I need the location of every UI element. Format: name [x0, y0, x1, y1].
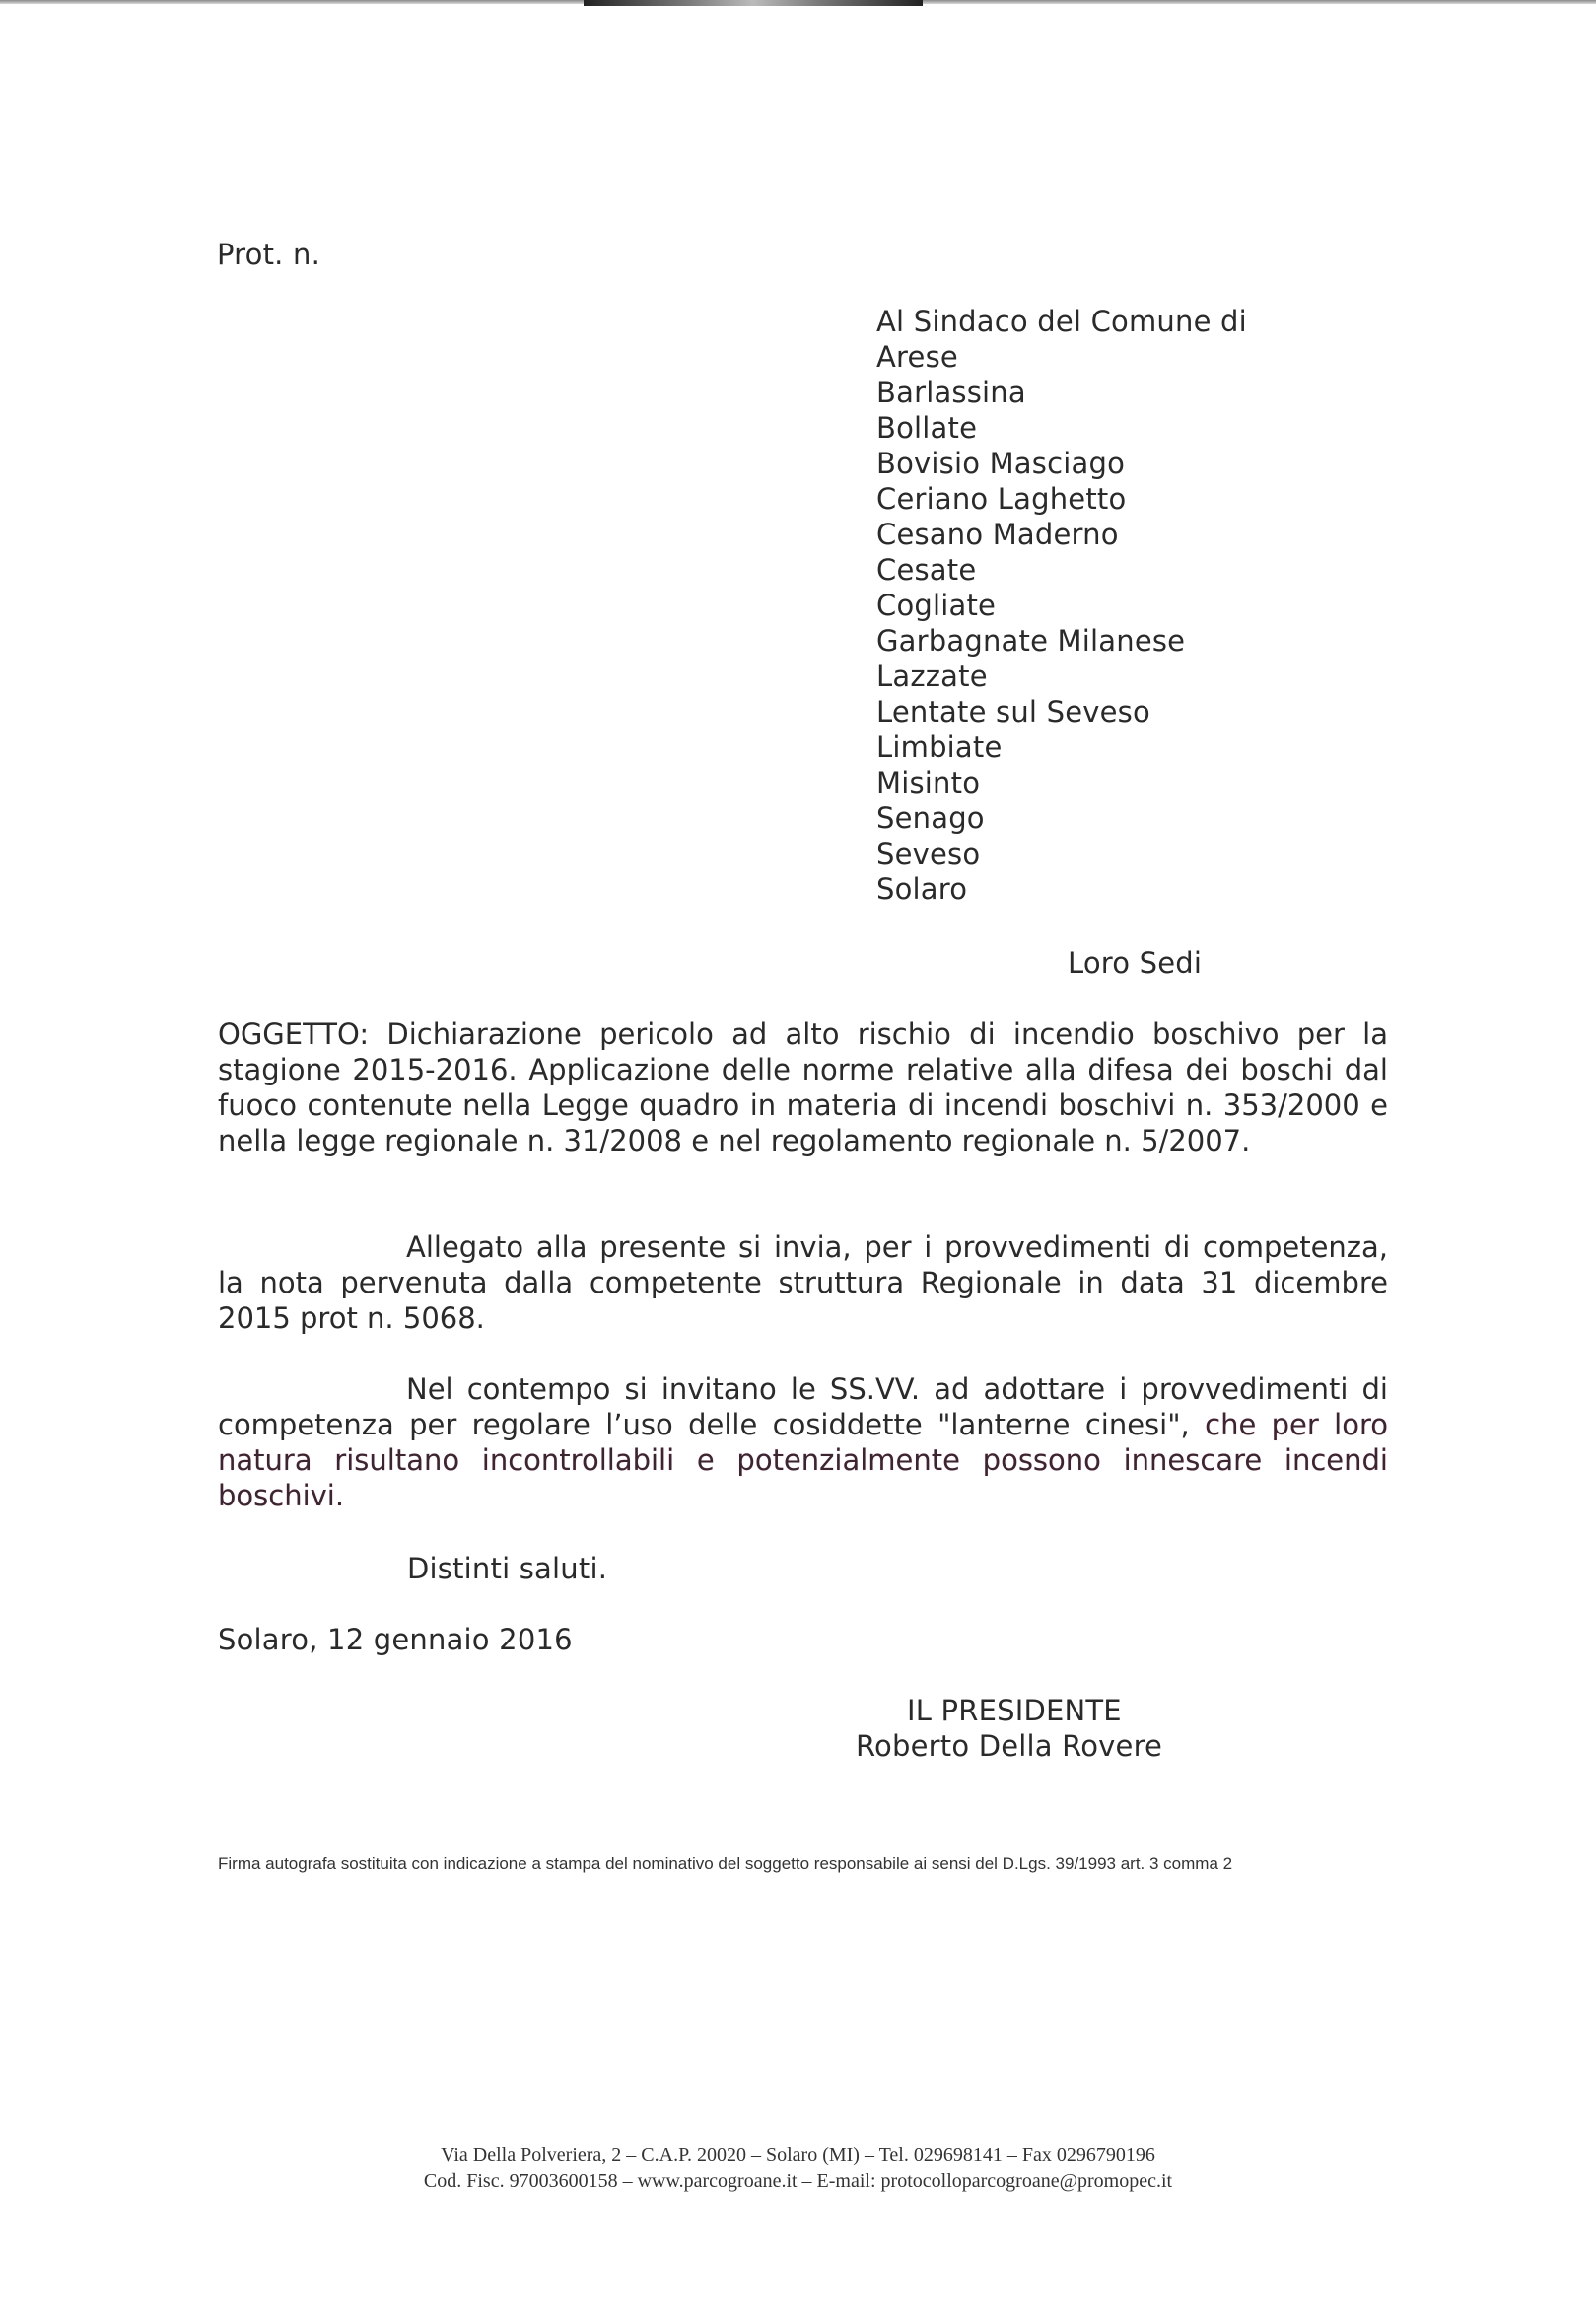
recipient-municipality: Bovisio Masciago: [876, 446, 1247, 481]
recipient-municipality: Bollate: [876, 410, 1247, 446]
recipient-municipality: Barlassina: [876, 375, 1247, 410]
recipient-municipality: Arese: [876, 339, 1247, 375]
subject-label: OGGETTO:: [218, 1017, 369, 1051]
recipient-municipality: Seveso: [876, 836, 1247, 872]
signature-title: IL PRESIDENTE: [907, 1693, 1122, 1728]
recipient-municipality: Senago: [876, 801, 1247, 836]
recipient-municipality: Lazzate: [876, 659, 1247, 694]
recipient-municipality: Solaro: [876, 872, 1247, 907]
recipient-municipality: Cesano Maderno: [876, 517, 1247, 552]
recipient-municipality: Lentate sul Seveso: [876, 694, 1247, 730]
paragraph-text: Allegato alla presente si invia, per i p…: [218, 1230, 1388, 1335]
recipient-municipality: Ceriano Laghetto: [876, 481, 1247, 517]
recipient-municipality: Misinto: [876, 765, 1247, 801]
place-date: Solaro, 12 gennaio 2016: [218, 1622, 573, 1657]
footer-address: Via Della Polveriera, 2 – C.A.P. 20020 –…: [0, 2142, 1596, 2168]
body-paragraph-1: Allegato alla presente si invia, per i p…: [218, 1229, 1388, 1336]
recipient-municipality: Cogliate: [876, 588, 1247, 623]
recipient-municipality: Garbagnate Milanese: [876, 623, 1247, 659]
signature-disclaimer: Firma autografa sostituita con indicazio…: [218, 1853, 1342, 1874]
subject-text: Dichiarazione pericolo ad alto rischio d…: [218, 1017, 1388, 1157]
recipient-municipality: Cesate: [876, 552, 1247, 588]
recipients-heading: Al Sindaco del Comune di: [876, 304, 1247, 339]
protocol-label: Prot. n.: [217, 237, 320, 272]
body-paragraph-2: Nel contempo si invitano le SS.VV. ad ad…: [218, 1371, 1388, 1513]
recipients-closing: Loro Sedi: [1068, 945, 1202, 981]
subject-paragraph: OGGETTO: Dichiarazione pericolo ad alto …: [218, 1016, 1388, 1158]
signature-name: Roberto Della Rovere: [856, 1728, 1162, 1764]
salutation: Distinti saluti.: [407, 1551, 607, 1586]
footer-contacts: Cod. Fisc. 97003600158 – www.parcogroane…: [0, 2168, 1596, 2194]
recipients-block: Al Sindaco del Comune di Arese Barlassin…: [876, 304, 1247, 907]
recipient-municipality: Limbiate: [876, 730, 1247, 765]
scan-clip-artifact: [584, 0, 923, 6]
